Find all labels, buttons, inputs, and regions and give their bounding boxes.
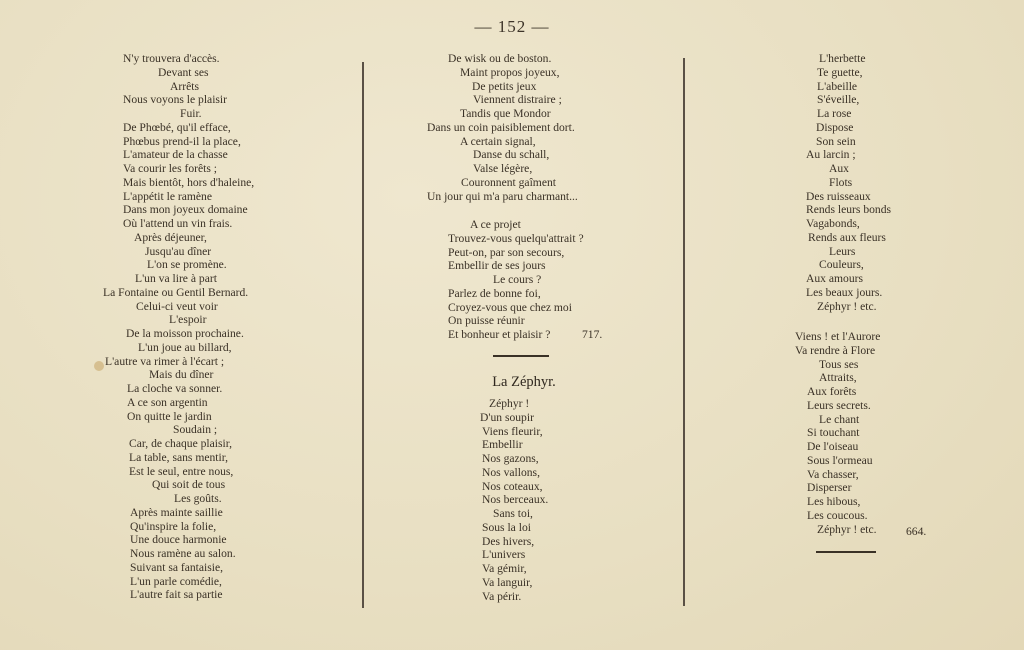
verse-line: On puisse réunir xyxy=(448,314,638,328)
poem-column-1: N'y trouvera d'accès.Devant sesArrêtsNou… xyxy=(100,52,280,602)
verse-line: L'abeille xyxy=(795,80,935,94)
verse-line: De la moisson prochaine. xyxy=(100,327,280,341)
verse-line: Et bonheur et plaisir ? xyxy=(448,328,638,342)
verse-line: Zéphyr ! xyxy=(480,397,620,411)
section-rule xyxy=(493,355,549,357)
song-title: La Zéphyr. xyxy=(426,374,622,391)
verse-line: Parlez de bonne foi, xyxy=(448,287,638,301)
verse-line: Viens fleurir, xyxy=(480,425,620,439)
verse-line: Jusqu'au dîner xyxy=(100,245,280,259)
verse-line: Suivant sa fantaisie, xyxy=(100,561,280,575)
verse-line: Maint propos joyeux, xyxy=(426,66,616,80)
verse-line: Embellir xyxy=(480,438,620,452)
verse-line: Peut-on, par son secours, xyxy=(448,246,638,260)
verse-line: Va rendre à Flore xyxy=(795,344,945,358)
verse-line: Une douce harmonie xyxy=(100,533,280,547)
verse-line: Valse légère, xyxy=(426,162,616,176)
page-number: — 152 — xyxy=(0,17,1024,37)
verse-line: Si touchant xyxy=(795,426,945,440)
verse-line: Viens ! et l'Aurore xyxy=(795,330,945,344)
verse-line: Aux amours xyxy=(795,272,935,286)
verse-line: L'un va lire à part xyxy=(100,272,280,286)
verse-line: L'espoir xyxy=(100,313,280,327)
verse-line: Leurs secrets. xyxy=(795,399,945,413)
verse-line: L'appétit le ramène xyxy=(100,190,280,204)
verse-line: L'univers xyxy=(480,548,620,562)
verse-line: Nous ramène au salon. xyxy=(100,547,280,561)
verse-line: L'herbette xyxy=(795,52,935,66)
end-rule xyxy=(816,551,876,553)
poem-column-2-stanza-3: Zéphyr !D'un soupirViens fleurir,Embelli… xyxy=(480,397,620,603)
verse-line: Les beaux jours. xyxy=(795,286,935,300)
verse-line: Des ruisseaux xyxy=(795,190,935,204)
verse-line: Flots xyxy=(795,176,935,190)
verse-line: Fuir. xyxy=(100,107,280,121)
poem-column-3-stanza-1: L'herbetteTe guette,L'abeilleS'éveille,L… xyxy=(795,52,935,313)
verse-line: D'un soupir xyxy=(480,411,620,425)
verse-line: Celui-ci veut voir xyxy=(100,300,280,314)
verse-line: Arrêts xyxy=(100,80,280,94)
verse-line: N'y trouvera d'accès. xyxy=(100,52,280,66)
verse-line: La Fontaine ou Gentil Bernard. xyxy=(100,286,280,300)
verse-line: De wisk ou de boston. xyxy=(426,52,616,66)
verse-line: Nos berceaux. xyxy=(480,493,620,507)
verse-line: Les goûts. xyxy=(100,492,280,506)
verse-line: Danse du schall, xyxy=(426,148,616,162)
verse-line: L'un joue au billard, xyxy=(100,341,280,355)
verse-line: Car, de chaque plaisir, xyxy=(100,437,280,451)
verse-line: Va périr. xyxy=(480,590,620,604)
verse-line: Couronnent gaîment xyxy=(426,176,616,190)
song-reference-number-717: 717. xyxy=(582,328,602,341)
verse-line: S'éveille, xyxy=(795,93,935,107)
verse-line: Va chasser, xyxy=(795,468,945,482)
verse-line: On quitte le jardin xyxy=(100,410,280,424)
verse-line: Aux xyxy=(795,162,935,176)
verse-line: Soudain ; xyxy=(100,423,280,437)
verse-line: Qui soit de tous xyxy=(100,478,280,492)
verse-line: L'amateur de la chasse xyxy=(100,148,280,162)
verse-line: Trouvez-vous quelqu'attrait ? xyxy=(448,232,638,246)
verse-line: Nous voyons le plaisir xyxy=(100,93,280,107)
verse-line: Après mainte saillie xyxy=(100,506,280,520)
verse-line: Couleurs, xyxy=(795,258,935,272)
verse-line: Dans un coin paisiblement dort. xyxy=(426,121,616,135)
verse-line: Nos gazons, xyxy=(480,452,620,466)
verse-line: Croyez-vous que chez moi xyxy=(448,301,638,315)
verse-line: De petits jeux xyxy=(426,80,616,94)
verse-line: De l'oiseau xyxy=(795,440,945,454)
verse-line: A ce projet xyxy=(448,218,638,232)
poem-column-2-stanza-2: A ce projetTrouvez-vous quelqu'attrait ?… xyxy=(448,218,638,342)
verse-line: L'autre fait sa partie xyxy=(100,588,280,602)
verse-line: Au larcin ; xyxy=(795,148,935,162)
verse-line: Attraits, xyxy=(795,371,945,385)
verse-line: Te guette, xyxy=(795,66,935,80)
verse-line: Leurs xyxy=(795,245,935,259)
verse-line: Tandis que Mondor xyxy=(426,107,616,121)
verse-line: Viennent distraire ; xyxy=(426,93,616,107)
verse-line: A certain signal, xyxy=(426,135,616,149)
verse-line: Sous l'ormeau xyxy=(795,454,945,468)
verse-line: Qu'inspire la folie, xyxy=(100,520,280,534)
verse-line: Zéphyr ! etc. xyxy=(795,300,935,314)
verse-line: Disperser xyxy=(795,481,945,495)
verse-line: Embellir de ses jours xyxy=(448,259,638,273)
verse-line: La table, sans mentir, xyxy=(100,451,280,465)
song-reference-number-664: 664. xyxy=(906,525,926,538)
verse-line: Mais du dîner xyxy=(100,368,280,382)
verse-line: Un jour qui m'a paru charmant... xyxy=(426,190,616,204)
verse-line: Les hibous, xyxy=(795,495,945,509)
verse-line: Nos coteaux, xyxy=(480,480,620,494)
column-divider-right xyxy=(683,58,685,606)
verse-line: Dans mon joyeux domaine xyxy=(100,203,280,217)
verse-line: Sous la loi xyxy=(480,521,620,535)
verse-line: Où l'attend un vin frais. xyxy=(100,217,280,231)
column-divider-left xyxy=(362,62,364,608)
verse-line: Les coucous. xyxy=(795,509,945,523)
verse-line: Mais bientôt, hors d'haleine, xyxy=(100,176,280,190)
verse-line: De Phœbé, qu'il efface, xyxy=(100,121,280,135)
verse-line: Va courir les forêts ; xyxy=(100,162,280,176)
verse-line: La cloche va sonner. xyxy=(100,382,280,396)
verse-line: Va languir, xyxy=(480,576,620,590)
verse-line: Vagabonds, xyxy=(795,217,935,231)
verse-line: Le cours ? xyxy=(448,273,638,287)
verse-line: Phœbus prend-il la place, xyxy=(100,135,280,149)
verse-line: Son sein xyxy=(795,135,935,149)
verse-line: Aux forêts xyxy=(795,385,945,399)
verse-line: L'un parle comédie, xyxy=(100,575,280,589)
verse-line: Rends aux fleurs xyxy=(795,231,935,245)
verse-line: Rends leurs bonds xyxy=(795,203,935,217)
verse-line: Après déjeuner, xyxy=(100,231,280,245)
verse-line: Nos vallons, xyxy=(480,466,620,480)
verse-line: Sans toi, xyxy=(480,507,620,521)
verse-line: Le chant xyxy=(795,413,945,427)
verse-line: L'on se promène. xyxy=(100,258,280,272)
verse-line: L'autre va rimer à l'écart ; xyxy=(100,355,280,369)
verse-line: A ce son argentin xyxy=(100,396,280,410)
poem-column-3-stanza-2: Viens ! et l'AuroreVa rendre à FloreTous… xyxy=(795,330,945,536)
verse-line: Dispose xyxy=(795,121,935,135)
verse-line: Tous ses xyxy=(795,358,945,372)
verse-line: Est le seul, entre nous, xyxy=(100,465,280,479)
poem-column-2-stanza-1: De wisk ou de boston.Maint propos joyeux… xyxy=(426,52,616,203)
verse-line: Des hivers, xyxy=(480,535,620,549)
verse-line: La rose xyxy=(795,107,935,121)
verse-line: Devant ses xyxy=(100,66,280,80)
verse-line: Va gémir, xyxy=(480,562,620,576)
